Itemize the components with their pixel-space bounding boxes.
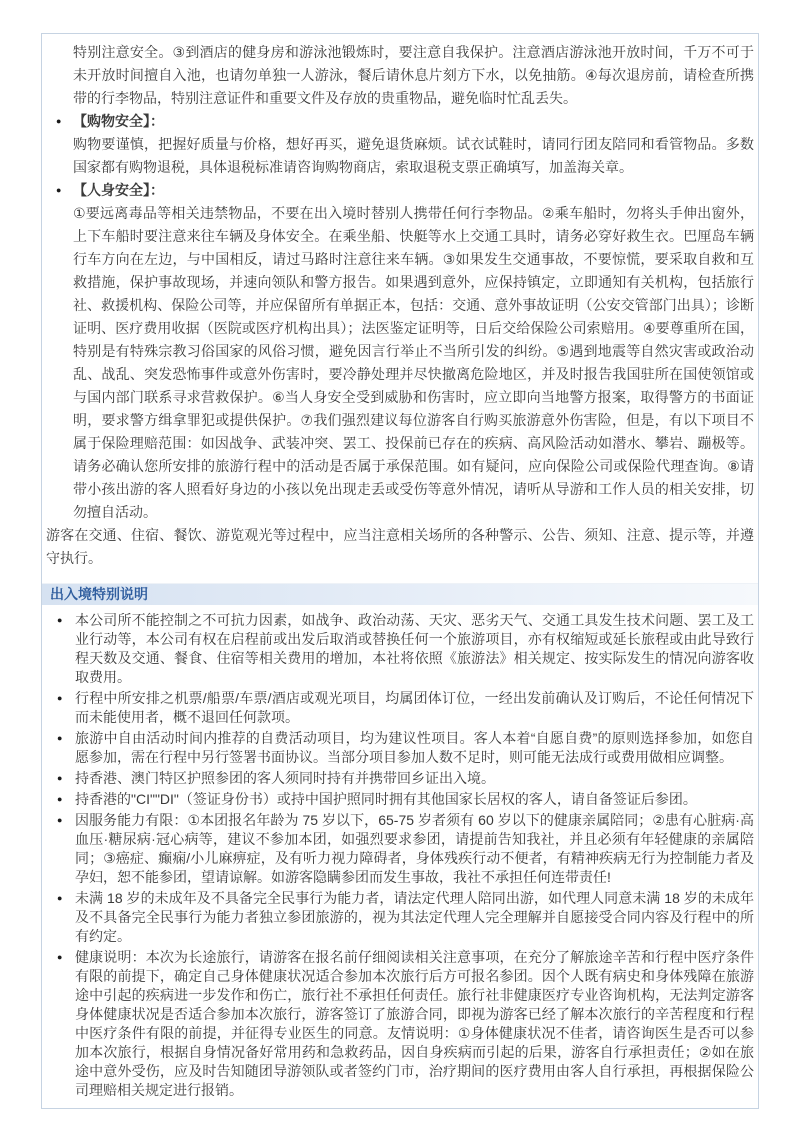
bullet-icon: ● [57,729,67,748]
section-immigration-notes: ● 本公司所不能控制之不可抗力因素，如战争、政治动荡、天灾、恶劣天气、交通工具发… [46,611,754,1100]
list-item-group-booking-refund: ● 行程中所安排之机票/船票/车票/酒店或观光项目，均属团体订位，一经出发前确认… [46,689,754,727]
bullet-icon: ● [57,689,67,708]
list-item-hk-macau-passport: ● 持香港、澳门特区护照参团的客人须同时持有并携带回乡证出入境。 [46,769,754,788]
list-item-optional-activities: ● 旅游中自由活动时间内推荐的自费活动项目，均为建议性项目。客人本着“自愿自费”… [46,729,754,767]
bullet-icon: ● [57,769,67,788]
item-text: 行程中所安排之机票/船票/车票/酒店或观光项目，均属团体订位，一经出发前确认及订… [75,689,754,727]
shopping-safety-body: 购物要谨慎，把握好质量与价格，想好再买，避免退货麻烦。试衣试鞋时，请同行团友陪同… [73,133,754,179]
list-item-personal-safety: ● 【人身安全】： ①要远离毒品等相关违禁物品，不要在出入境时替别人携带任何行李… [46,179,754,524]
bullet-icon: ● [57,790,67,809]
paragraph-hotel-safety-continued: 特别注意安全。③到酒店的健身房和游泳池锻炼时，要注意自我保护。注意酒店游泳池开放… [46,41,754,110]
bullet-icon: ● [57,889,67,908]
list-item-force-majeure: ● 本公司所不能控制之不可抗力因素，如战争、政治动荡、天灾、恶劣天气、交通工具发… [46,611,754,687]
personal-safety-body: ①要远离毒品等相关违禁物品，不要在出入境时替别人携带任何行李物品。②乘车船时，勿… [73,202,754,524]
item-text: 持香港、澳门特区护照参团的客人须同时持有并携带回乡证出入境。 [75,769,754,788]
bullet-icon: ● [56,110,66,133]
list-item-health-statement: ● 健康说明：本次为长途旅行，请游客在报名前仔细阅读相关注意事项，在充分了解旅途… [46,948,754,1100]
personal-safety-title: 【人身安全】： [73,179,754,202]
section-header-immigration-notes: 出入境特别说明 [42,583,758,605]
list-item-minors-guardian: ● 未满 18 岁的未成年及不具备完全民事行为能力者，请法定代理人陪同出游，如代… [46,889,754,946]
list-item-ci-di-visa: ● 持香港的"CI""DI"（签证身份书）或持中国护照同时拥有其他国家长居权的客… [46,790,754,809]
list-item-shopping-safety: ● 【购物安全】： 购物要谨慎，把握好质量与价格，想好再买，避免退货麻烦。试衣试… [46,110,754,179]
item-text: 持香港的"CI""DI"（签证身份书）或持中国护照同时拥有其他国家长居权的客人，… [75,790,754,809]
list-item-age-health-limits: ● 因服务能力有限：①本团报名年龄为 75 岁以下，65-75 岁者须有 60 … [46,811,754,887]
bullet-icon: ● [57,611,67,630]
section-safety-notes: 特别注意安全。③到酒店的健身房和游泳池锻炼时，要注意自我保护。注意酒店游泳池开放… [46,41,754,570]
item-text: 旅游中自由活动时间内推荐的自费活动项目，均为建议性项目。客人本着“自愿自费”的原… [75,729,754,767]
bullet-icon: ● [57,948,67,967]
bullet-icon: ● [57,811,67,830]
shopping-safety-title: 【购物安全】： [73,110,754,133]
travel-notice-document: 特别注意安全。③到酒店的健身房和游泳池锻炼时，要注意自我保护。注意酒店游泳池开放… [41,33,759,1109]
item-text: 本公司所不能控制之不可抗力因素，如战争、政治动荡、天灾、恶劣天气、交通工具发生技… [75,611,754,687]
item-text: 因服务能力有限：①本团报名年龄为 75 岁以下，65-75 岁者须有 60 岁以… [75,811,754,887]
item-text: 健康说明：本次为长途旅行，请游客在报名前仔细阅读相关注意事项，在充分了解旅途辛苦… [75,948,754,1100]
bullet-icon: ● [56,179,66,202]
paragraph-general-warning: 游客在交通、住宿、餐饮、游览观光等过程中，应当注意相关场所的各种警示、公告、须知… [46,524,754,570]
item-text: 未满 18 岁的未成年及不具备完全民事行为能力者，请法定代理人陪同出游，如代理人… [75,889,754,946]
